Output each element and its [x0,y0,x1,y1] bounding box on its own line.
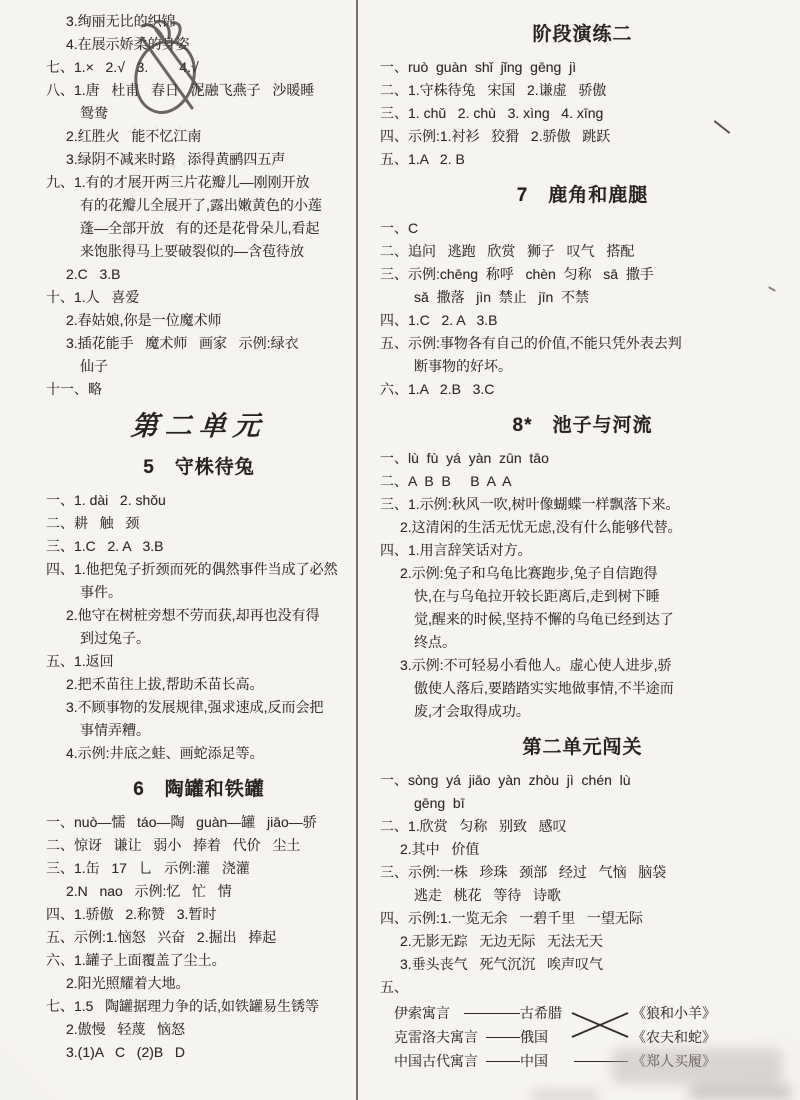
answer-line: 十、1.人 喜爱 [46,286,352,309]
answer-line: 二、A B B B A A [380,470,785,493]
match-right-label: 《农夫和蛇》 [632,1027,785,1047]
unit-heading: 第二单元 [45,409,353,443]
match-cross-lines [570,1003,630,1047]
answer-line: 3.垂头丧气 死气沉沉 唉声叹气 [400,953,785,976]
answer-line: 傲使人落后,要踏踏实实地做事情,不半途而 [414,677,785,700]
match-mid-label: 古希腊 [520,1003,572,1023]
answer-line: 一、lù fù yá yàn zūn tāo [380,447,785,470]
answer-line: 有的花瓣儿全展开了,露出嫩黄色的小莲 [80,194,352,217]
answer-line: 3.示例:不可轻易小看他人。虚心使人进步,骄 [400,654,785,677]
answer-line: 六、1.罐子上面覆盖了尘土。 [46,949,352,972]
answer-line: 五、示例:1.恼怒 兴奋 2.掘出 捧起 [46,926,352,949]
answer-line: 一、sòng yá jiāo yàn zhòu jì chén lù [380,769,785,792]
answer-line: 一、nuò—懦 táo—陶 guàn—罐 jiāo—骄 [46,811,352,834]
answer-line: 4.示例:井底之蛙、画蛇添足等。 [66,742,352,765]
match-mid-label: 中国 [520,1051,572,1071]
answer-line: 五、1.A 2. B [380,148,785,171]
answer-line: 一、ruò guàn shǐ jǐng gēng jì [380,56,785,79]
lesson-heading: 第二单元闯关 [380,734,785,762]
answer-line: 事情弄糟。 [80,719,352,742]
answer-line: 三、1.缶 17 乚 示例:灌 浇灌 [46,857,352,880]
answer-line: 二、1.欣赏 匀称 别致 感叹 [380,815,785,838]
answer-line: 3.(1)A C (2)B D [66,1041,352,1064]
blurred-watermark [530,1090,600,1100]
lesson-heading: 7 鹿角和鹿腿 [380,182,785,210]
ghost-print-smudge: ·˙·‥·˙·‥·˙·‥· ˙· ‥·˙ ·‥ ·˙ [128,104,268,192]
match-connector-line [486,1037,520,1038]
answer-line: 断事物的好坏。 [414,355,785,378]
ghost-smudge-line: ·˙·‥·˙·‥·˙·‥· [128,126,268,137]
match-connector-line [464,1013,520,1014]
answer-line: 2.他守在树桩旁想不劳而获,却再也没有得 [66,604,352,627]
answer-line: 2.无影无踪 无边无际 无法无天 [400,930,785,953]
lesson-heading: 8* 池子与河流 [380,412,785,440]
answer-line: 二、1.守株待兔 宋国 2.谦虚 骄傲 [380,79,785,102]
answer-line: 二、惊讶 谦让 弱小 捧着 代价 尘土 [46,834,352,857]
answer-line: 四、示例:1.一览无余 一碧千里 一望无际 [380,907,785,930]
answer-line: 五、1.返回 [46,650,352,673]
answer-line: 三、1. chǔ 2. chù 3. xìng 4. xīng [380,102,785,125]
answer-line: 十一、略 [46,378,352,401]
match-right-label: 《狼和小羊》 [632,1003,785,1023]
answer-line: 一、C [380,217,785,240]
answer-line: 二、耕 触 颈 [46,512,352,535]
answer-line: 3.不顾事物的发展规律,强求速成,反而会把 [66,696,352,719]
match-connector-line [486,1061,520,1062]
answer-line: 仙子 [80,355,352,378]
answer-line: 一、1. dài 2. shǒu [46,489,352,512]
answer-line: gēng bī [414,792,785,815]
answer-line: 四、1.他把兔子折颈而死的偶然事件当成了必然 [46,558,352,581]
answer-line: 2.示例:兔子和乌龟比赛跑步,兔子自信跑得 [400,562,785,585]
answer-line: 来饱胀得马上要破裂似的—含苞待放 [80,240,352,263]
answer-line: 终点。 [414,631,785,654]
answer-line: 觉,醒来的时候,坚持不懈的乌龟已经到达了 [414,608,785,631]
answer-line: 五、示例:事物各有自己的价值,不能只凭外表去判 [380,332,785,355]
answer-line: 四、1.C 2. A 3.B [380,309,785,332]
answer-line: 蓬—全部开放 有的还是花骨朵儿,看起 [80,217,352,240]
answer-line: 2.阳光照耀着大地。 [66,972,352,995]
match-left-label: 伊索寓言 [394,1003,464,1023]
answer-line: 快,在与乌龟拉开较长距离后,走到树下睡 [414,585,785,608]
answer-line: 废,才会取得成功。 [414,700,785,723]
match-mid-label: 俄国 [520,1027,572,1047]
scanned-answer-page: 3.绚丽无比的织锦4.在展示娇柔的身姿七、1.× 2.√ 3. 4.√八、1.唐… [0,0,800,1100]
answer-line: 2.这清闲的生活无忧无虑,没有什么能够代替。 [400,516,785,539]
answer-line: 五、 [380,976,785,999]
answer-line: 三、示例:chēng 称呼 chèn 匀称 sā 撒手 [380,263,785,286]
answer-line: 2.其中 价值 [400,838,785,861]
answer-line: 2.春姑娘,你是一位魔术师 [66,309,352,332]
answer-line: 2.傲慢 轻蔑 恼怒 [66,1018,352,1041]
answer-line: sǎ 撒落 jìn 禁止 jīn 不禁 [414,286,785,309]
lesson-heading: 6 陶罐和铁罐 [46,776,352,804]
answer-line: 六、1.A 2.B 3.C [380,378,785,401]
answer-line: 2.把禾苗往上拔,帮助禾苗长高。 [66,673,352,696]
answer-line: 3.插花能手 魔术师 画家 示例:绿衣 [66,332,352,355]
lesson-heading: 5 守株待兔 [46,454,352,482]
answer-line: 事件。 [80,581,352,604]
ghost-smudge-line: ˙· ‥·˙ ·‥ ·˙ [128,159,268,170]
answer-line: 2.N nao 示例:忆 忙 情 [66,880,352,903]
answer-line: 2.C 3.B [66,263,352,286]
answer-line: 七、1.5 陶罐据理力争的话,如铁罐易生锈等 [46,995,352,1018]
answer-line: 三、示例:一株 珍珠 颈部 经过 气恼 脑袋 [380,861,785,884]
column-divider [356,0,358,1100]
answer-line: 四、1.骄傲 2.称赞 3.暂时 [46,903,352,926]
match-left-label: 中国古代寓言 [394,1051,486,1071]
lesson-heading: 阶段演练二 [380,21,785,49]
answer-line: 逃走 桃花 等待 诗歌 [414,884,785,907]
right-answer-column: 阶段演练二一、ruò guàn shǐ jǐng gēng jì二、1.守株待兔… [380,0,785,1073]
answer-line: 到过兔子。 [80,627,352,650]
answer-line: 二、追问 逃跑 欣赏 狮子 叹气 搭配 [380,240,785,263]
blurred-watermark [612,1048,782,1084]
answer-line: 三、1.C 2. A 3.B [46,535,352,558]
answer-line: 四、1.用言辞笑话对方。 [380,539,785,562]
answer-line: 三、1.示例:秋风一吹,树叶像蝴蝶一样飘落下来。 [380,493,785,516]
match-left-label: 克雷洛夫寓言 [394,1027,486,1047]
blurred-watermark [688,1084,792,1100]
